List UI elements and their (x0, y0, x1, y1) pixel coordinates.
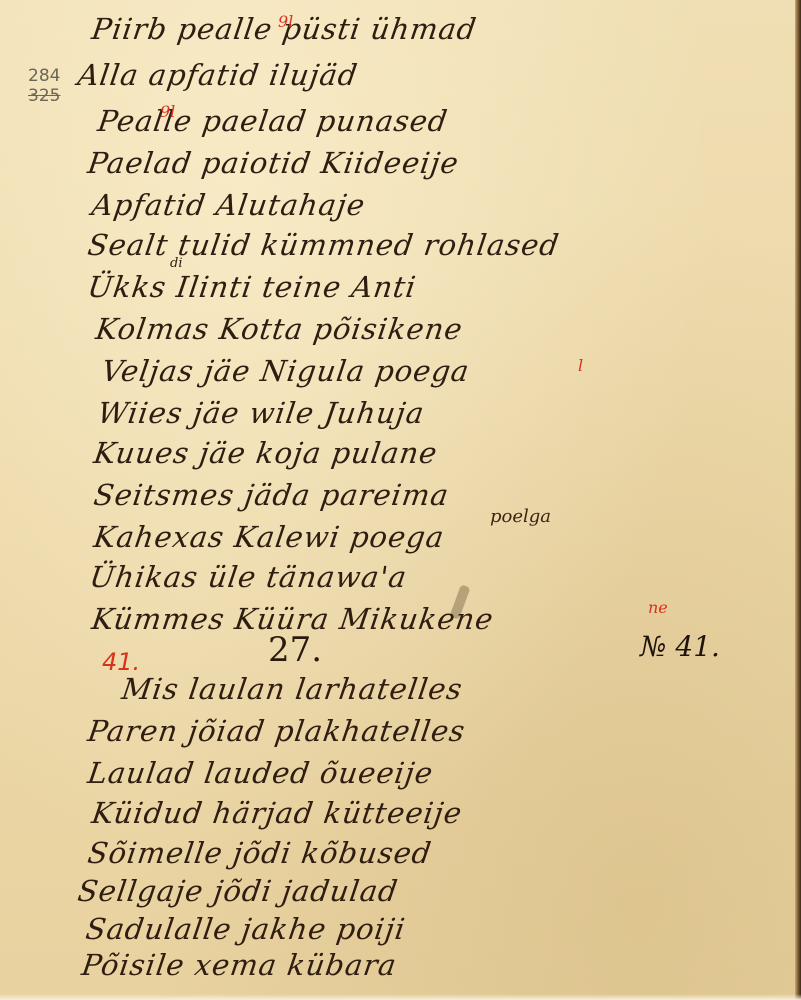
song2-line-1: Mis laulan larhatelles (120, 672, 465, 706)
song2-line-6: Sellgaje jõdi jadulad (76, 874, 401, 908)
correction-line-9: l (578, 356, 583, 375)
catalog-previous-struck: 325 (28, 86, 60, 106)
insertion-line-15: ne (648, 598, 668, 617)
song1-line-12: Seitsmes jäda pareima (92, 478, 452, 512)
correction-line-1: 9l (278, 12, 293, 31)
song1-line-8: Kolmas Kotta põisikene (94, 312, 465, 346)
number-mark: № 41. (640, 630, 720, 663)
song1-line-5: Apfatid Alutahaje (90, 188, 368, 222)
song2-line-3: Laulad lauded õueeije (86, 756, 436, 790)
song1-line-9: Veljas jäe Nigula poega (100, 354, 472, 388)
song1-line-3: Pealle paelad punased (96, 104, 451, 138)
song1-line-7: Ükks Ilinti teine Anti (86, 270, 419, 304)
song-number: 27. (268, 630, 322, 670)
catalog-current: 284 (28, 66, 60, 86)
page-bottom-edge (0, 994, 801, 1000)
song2-line-5: Sõimelle jõdi kõbused (86, 836, 434, 870)
song1-line-2: Alla apfatid ilujäd (76, 58, 360, 92)
song1-line-6: Sealt tulid kümmned rohlased (86, 228, 562, 262)
song2-line-2: Paren jõiad plakhatelles (86, 714, 468, 748)
song1-line-10: Wiies jäe wile Juhuja (96, 396, 427, 430)
correction-line-3: 9l (160, 102, 175, 121)
manuscript-page: 284 325 Piirb pealle püsti ühmad 9l Alla… (0, 0, 801, 1000)
song1-line-13: Kahexas Kalewi poega (92, 520, 447, 554)
song2-line-8: Põisile xema kübara (80, 948, 399, 982)
insertion-line-13: poelga (490, 506, 551, 527)
catalog-number: 284 325 (28, 66, 60, 106)
insertion-line-7: di (170, 256, 182, 271)
song2-line-7: Sadulalle jakhe poiji (84, 912, 408, 946)
song2-line-4: Küidud härjad kütteeije (90, 796, 465, 830)
song1-line-11: Kuues jäe koja pulane (92, 436, 440, 470)
page-edge (795, 0, 801, 1000)
song1-line-14: Ühikas üle tänawa'a (88, 560, 410, 594)
song1-line-4: Paelad paiotid Kiideeije (86, 146, 462, 180)
